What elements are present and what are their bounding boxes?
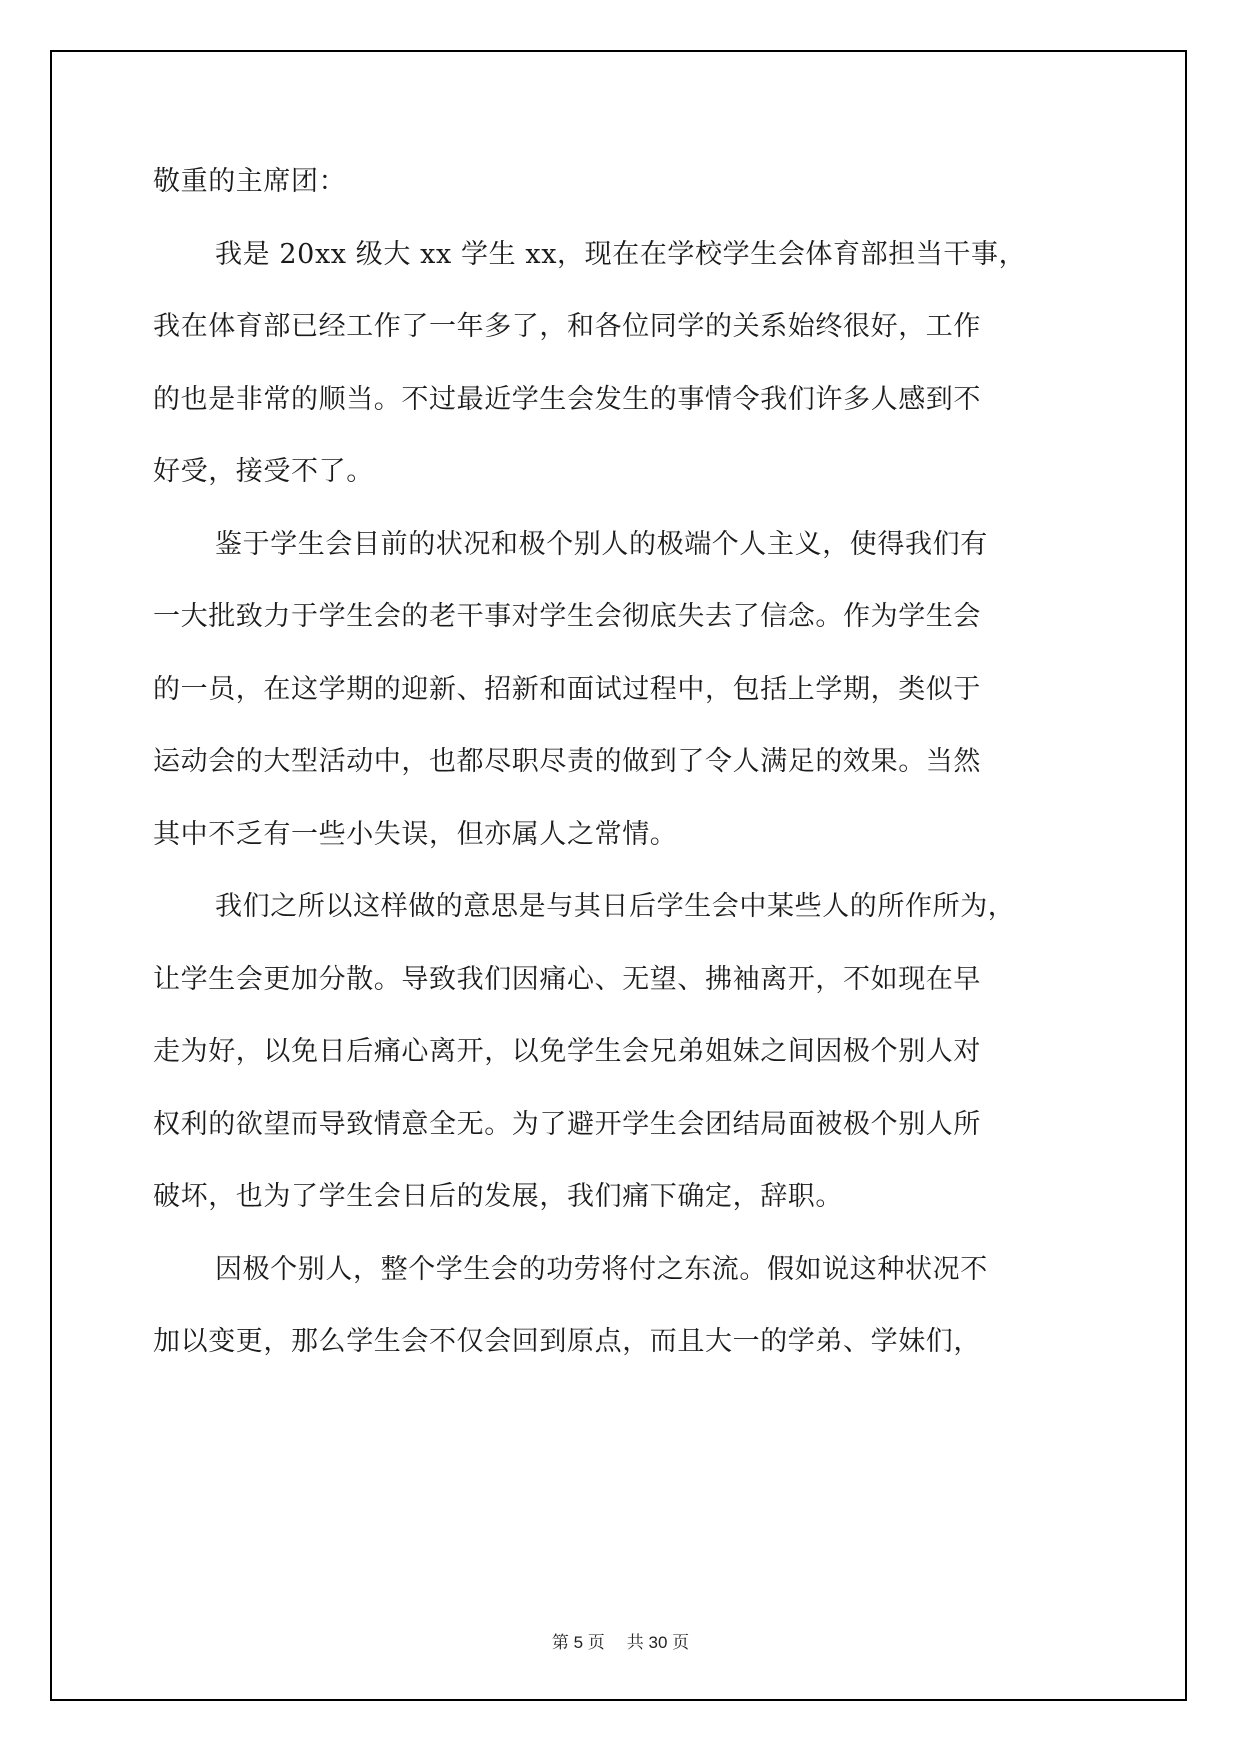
paragraph-line: 的一员，在这学期的迎新、招新和面试过程中，包括上学期，类似于 — [153, 676, 1113, 703]
paragraph-line: 走为好，以免日后痛心离开，以免学生会兄弟姐妹之间因极个别人对 — [153, 1038, 1113, 1065]
paragraph-line: 我们之所以这样做的意思是与其日后学生会中某些人的所作所为， — [153, 893, 1113, 920]
paragraph-4: 因极个别人，整个学生会的功劳将付之东流。假如说这种状况不 加以变更，那么学生会不… — [153, 1256, 1113, 1356]
paragraph-line: 破坏，也为了学生会日后的发展，我们痛下确定，辞职。 — [153, 1183, 1113, 1210]
paragraph-line: 因极个别人，整个学生会的功劳将付之东流。假如说这种状况不 — [153, 1256, 1113, 1283]
paragraph-3: 我们之所以这样做的意思是与其日后学生会中某些人的所作所为， 让学生会更加分散。导… — [153, 893, 1113, 1210]
paragraph-line: 好受，接受不了。 — [153, 458, 1113, 485]
page-total: 共 30 页 — [627, 1628, 689, 1653]
paragraph-2: 鉴于学生会目前的状况和极个别人的极端个人主义，使得我们有 一大批致力于学生会的老… — [153, 531, 1113, 848]
paragraph-line: 我是 20xx 级大 xx 学生 xx，现在在学校学生会体育部担当干事， — [153, 241, 1113, 268]
page-footer: 第 5 页共 30 页 — [0, 1628, 1241, 1653]
document-body: 敬重的主席团： 我是 20xx 级大 xx 学生 xx，现在在学校学生会体育部担… — [153, 168, 1113, 1401]
paragraph-line: 其中不乏有一些小失误，但亦属人之常情。 — [153, 821, 1113, 848]
paragraph-line: 的也是非常的顺当。不过最近学生会发生的事情令我们许多人感到不 — [153, 386, 1113, 413]
paragraph-line: 让学生会更加分散。导致我们因痛心、无望、拂袖离开，不如现在早 — [153, 966, 1113, 993]
page-number: 第 5 页 — [552, 1628, 605, 1653]
paragraph-line: 运动会的大型活动中，也都尽职尽责的做到了令人满足的效果。当然 — [153, 748, 1113, 775]
paragraph-line: 我在体育部已经工作了一年多了，和各位同学的关系始终很好，工作 — [153, 313, 1113, 340]
salutation: 敬重的主席团： — [153, 168, 1113, 195]
paragraph-line: 鉴于学生会目前的状况和极个别人的极端个人主义，使得我们有 — [153, 531, 1113, 558]
paragraph-line: 权利的欲望而导致情意全无。为了避开学生会团结局面被极个别人所 — [153, 1111, 1113, 1138]
paragraph-line: 一大批致力于学生会的老干事对学生会彻底失去了信念。作为学生会 — [153, 603, 1113, 630]
paragraph-line: 加以变更，那么学生会不仅会回到原点，而且大一的学弟、学妹们， — [153, 1328, 1113, 1355]
paragraph-1: 我是 20xx 级大 xx 学生 xx，现在在学校学生会体育部担当干事， 我在体… — [153, 241, 1113, 486]
